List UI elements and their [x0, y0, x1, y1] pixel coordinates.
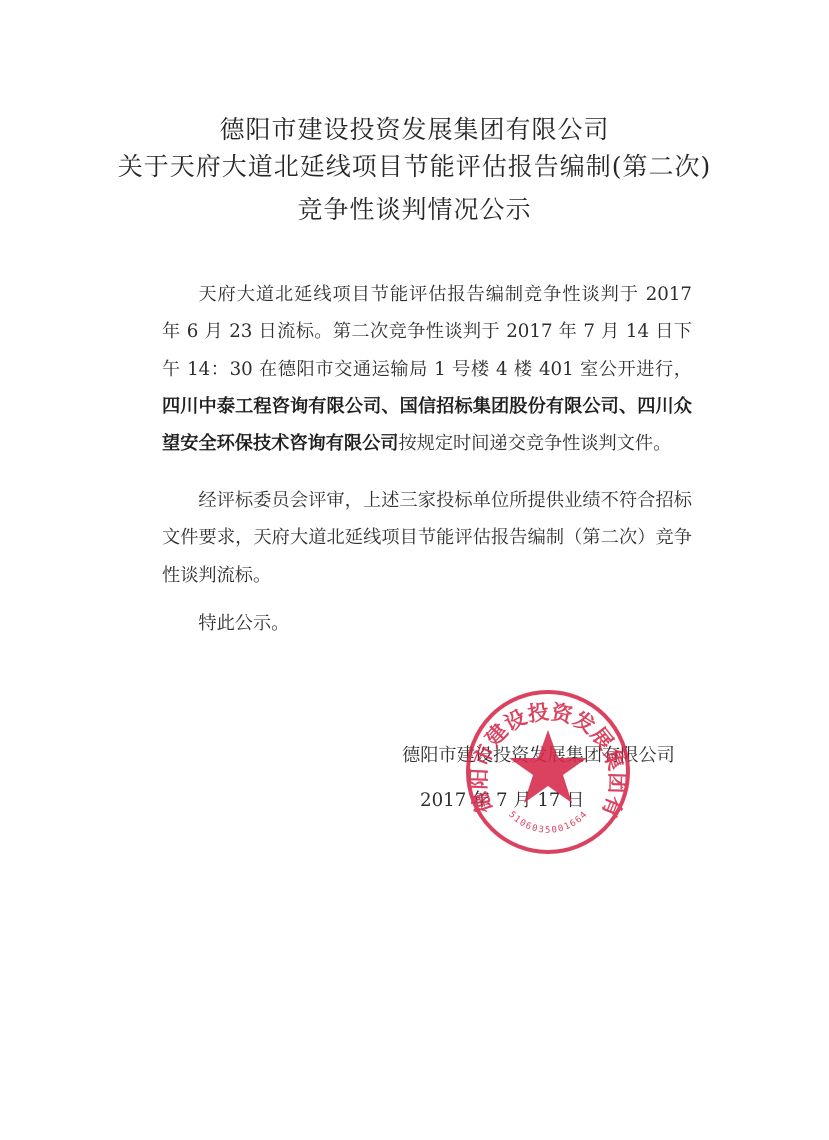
title-line-notice: 竞争性谈判情况公示 — [0, 190, 829, 226]
paragraph-text: 按规定时间递交竞争性谈判文件。 — [398, 433, 671, 454]
title-line-organization: 德阳市建设投资发展集团有限公司 — [0, 110, 829, 146]
star-icon — [509, 730, 587, 803]
title-line-subject: 关于天府大道北延线项目节能评估报告编制(第二次) — [0, 147, 829, 183]
official-seal: 德阳市建设投资发展集团有限公司 5106035001664 — [463, 680, 633, 860]
paragraph-evaluation-result: 经评标委员会评审，上述三家投标单位所提供业绩不符合招标文件要求，天府大道北延线项… — [162, 482, 692, 594]
paragraph-closing: 特此公示。 — [162, 605, 692, 642]
paragraph-text: 天府大道北延线项目节能评估报告编制竞争性谈判于 2017 年 6 月 23 日流… — [162, 284, 692, 380]
seal-serial: 5106035001664 — [506, 809, 590, 836]
paragraph-bid-details: 天府大道北延线项目节能评估报告编制竞争性谈判于 2017 年 6 月 23 日流… — [162, 276, 692, 462]
paragraph-text: 经评标委员会评审，上述三家投标单位所提供业绩不符合招标文件要求，天府大道北延线项… — [162, 482, 692, 594]
closing-text: 特此公示。 — [162, 605, 692, 642]
